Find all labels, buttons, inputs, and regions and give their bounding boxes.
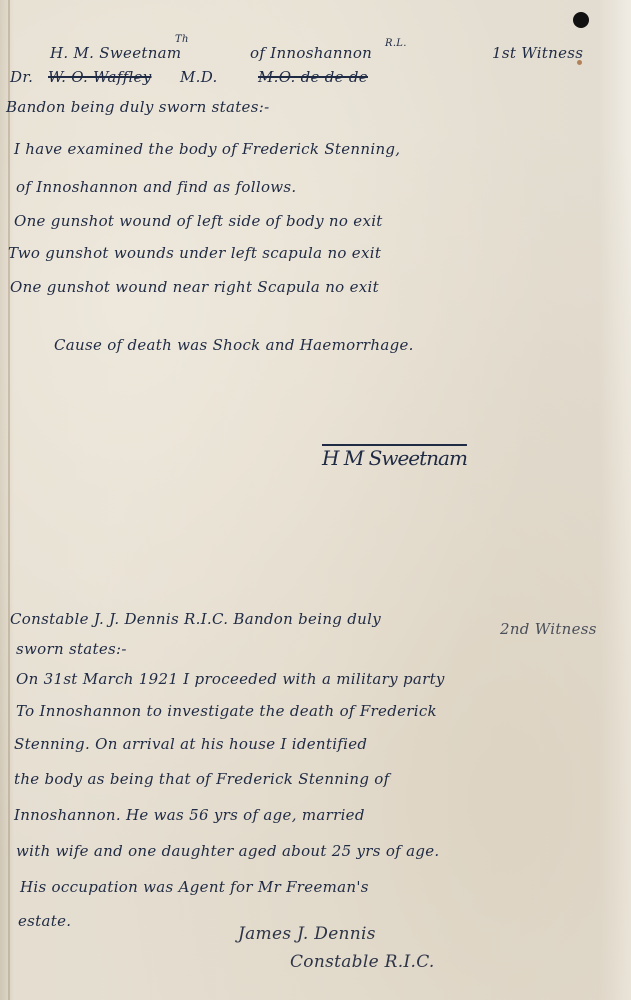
witness2-body-line: with wife and one daughter aged about 25… [16, 842, 439, 860]
witness1-title: Dr. [10, 68, 33, 86]
witness1-body-line: One gunshot wound near right Scapula no … [10, 278, 379, 296]
witness1-superscript2: R.L. [385, 38, 407, 49]
witness1-struck-place: M.O. de de de [258, 68, 368, 86]
witness1-sworn-line: Bandon being duly sworn states:- [6, 98, 269, 116]
witness2-body-line: estate. [18, 912, 71, 930]
witness2-body-line: His occupation was Agent for Mr Freeman'… [20, 878, 369, 896]
page-fold-edge [8, 0, 10, 1000]
witness2-body-line: On 31st March 1921 I proceeded with a mi… [16, 670, 445, 688]
witness1-degree: M.D. [180, 68, 218, 86]
witness2-signature-title: Constable R.I.C. [290, 952, 435, 972]
witness1-margin-note: 1st Witness [492, 44, 583, 62]
witness2-body-line: Stenning. On arrival at his house I iden… [14, 735, 367, 753]
witness2-body-line: sworn states:- [16, 640, 127, 658]
witness1-body-line: Two gunshot wounds under left scapula no… [8, 244, 381, 262]
witness1-struck-name: W. O. Waffley [48, 68, 152, 86]
witness1-header-place: of Innoshannon [250, 44, 372, 62]
document-page: H. M. Sweetnam Th of Innoshannon R.L. 1s… [0, 0, 631, 1000]
witness2-body-line: Constable J. J. Dennis R.I.C. Bandon bei… [10, 610, 381, 628]
witness1-body-line: of Innoshannon and find as follows. [16, 178, 297, 196]
witness2-body-line: To Innoshannon to investigate the death … [16, 702, 437, 720]
witness2-signature-name: James J. Dennis [238, 924, 376, 944]
witness2-body-line: Innoshannon. He was 56 yrs of age, marri… [14, 806, 365, 824]
witness2-margin-note: 2nd Witness [500, 620, 597, 638]
witness1-signature: H M Sweetnam [322, 446, 467, 470]
witness1-body-line: One gunshot wound of left side of body n… [14, 212, 383, 230]
witness1-body-line: I have examined the body of Frederick St… [14, 140, 400, 158]
witness1-superscript: Th [175, 34, 189, 45]
punch-hole [573, 12, 589, 28]
witness1-header-name: H. M. Sweetnam [50, 44, 181, 62]
witness1-cause-of-death: Cause of death was Shock and Haemorrhage… [54, 336, 414, 354]
witness2-body-line: the body as being that of Frederick Sten… [14, 770, 389, 788]
